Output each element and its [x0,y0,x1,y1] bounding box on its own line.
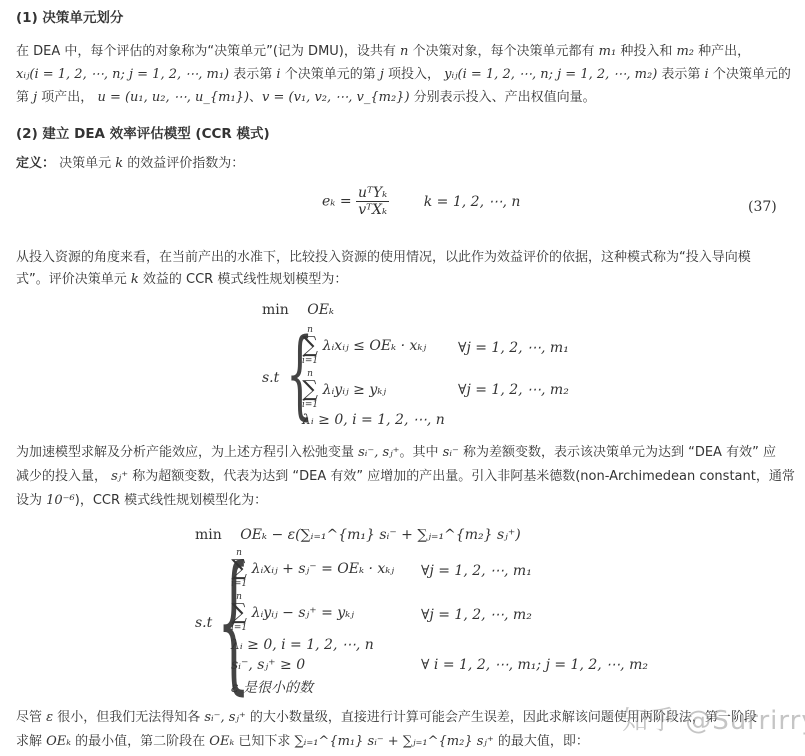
section-heading-1: (1) 决策单元划分 [16,6,123,26]
paragraph-1-line-1: 在 DEA 中，每个评估的对象称为“决策单元”(记为 DMU)，设共有 n 个决… [16,40,750,64]
paragraph-3-line-2: 减少的投入量， sⱼ⁺ 称为超额变数，代表为达到 “DEA 有效” 应增加的产出… [16,465,795,489]
watermark: 知乎 @Surrirry [622,700,805,737]
paragraph-1-line-2: xᵢⱼ(i = 1, 2, ⋯, n; j = 1, 2, ⋯, m₁) 表示第… [16,63,791,87]
paragraph-2-line-1: 从投入资源的角度来看，在当前产出的水准下，比较投入资源的使用情况，以此作为效益评… [16,246,751,270]
equation-37: eₖ = uᵀYₖ vᵀXₖ k = 1, 2, ⋯, n [322,185,520,218]
section-heading-2: (2) 建立 DEA 效率评估模型 (CCR 模式) [16,122,270,142]
definition-label: 定义： [16,156,55,171]
paragraph-3-line-1: 为加速模型求解及分析产能效应，为上述方程引入松弛变量 sᵢ⁻, sⱼ⁺。其中 s… [16,441,776,465]
paragraph-2-line-2: 式”。评价决策单元 k 效益的 CCR 模式线性规划模型为： [16,268,347,292]
equation-number-37: (37) [748,199,777,215]
paragraph-3-line-3: 设为 10⁻⁶)，CCR 模式线性规划模型化为： [16,489,267,513]
definition-line: 定义： 决策单元 k 的效益评价指数为： [16,152,244,176]
efficiency-fraction: uᵀYₖ vᵀXₖ [356,185,389,218]
paragraph-1-line-3: 第 j 项产出， u = (u₁, u₂, ⋯, u_{m₁})、v = (v₁… [16,86,596,110]
paragraph-4-line-2: 求解 OEₖ 的最小值，第二阶段在 OEₖ 已知下求 ∑ᵢ₌₁^{m₁} sᵢ⁻… [16,730,589,754]
